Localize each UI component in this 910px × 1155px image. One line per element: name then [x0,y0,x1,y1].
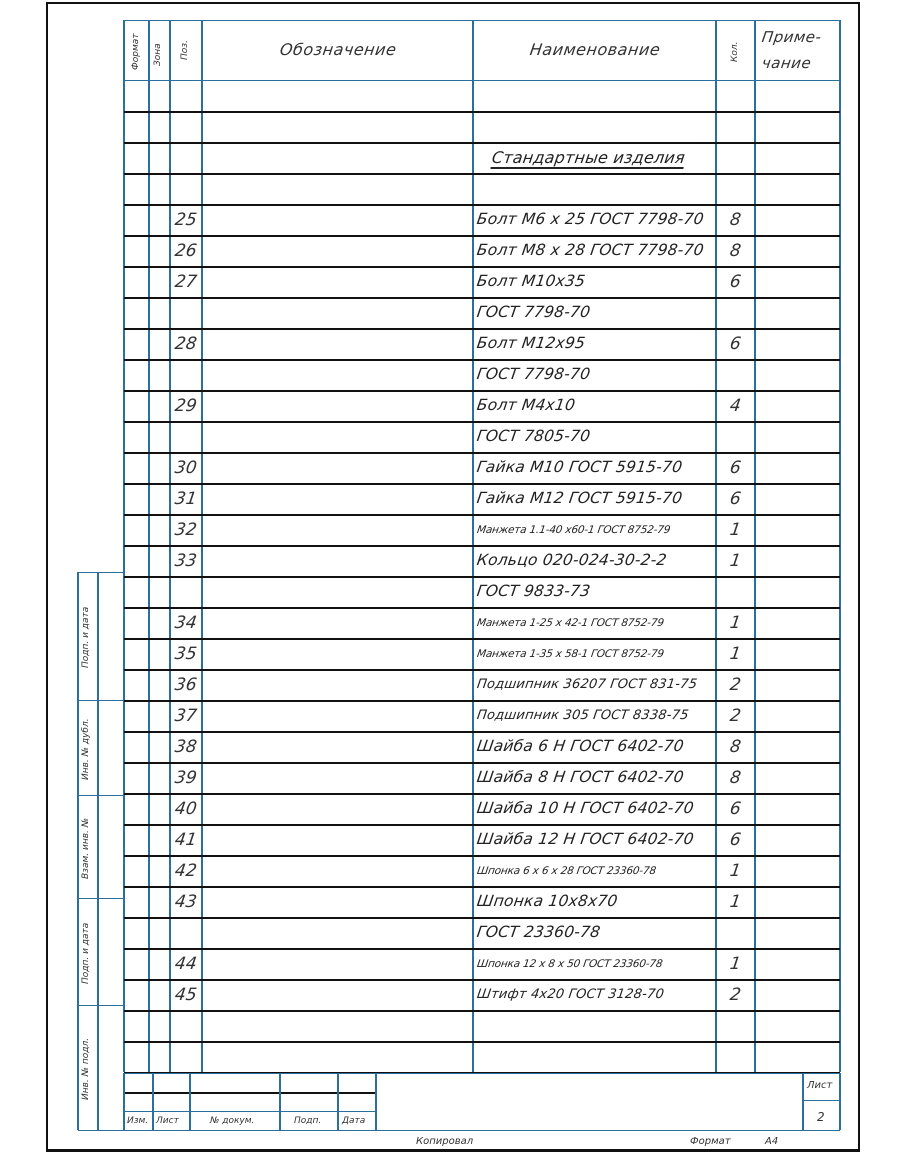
row-line [124,452,840,454]
row-line [124,979,840,981]
header-quantity: Кол. [730,41,740,62]
row-name: Шайба 10 Н ГОСТ 6402-70 [476,799,695,817]
row-name: Шайба 6 Н ГОСТ 6402-70 [476,737,685,755]
side-row-line [78,572,124,573]
side-panel-label: Подп. и дата [81,922,91,983]
row-position: 28 [174,334,198,354]
side-row-line [78,898,124,899]
row-name: Шайба 8 Н ГОСТ 6402-70 [476,768,685,786]
header-note-line2: чание [761,54,813,72]
row-position: 35 [174,644,198,664]
stamp-date-label: Дата [342,1116,365,1126]
side-row-line [78,795,124,796]
row-name: Болт М10х35 [476,272,587,290]
row-position: 34 [174,613,198,633]
stamp-col-line [337,1073,339,1130]
stamp-sheet-label: Лист [156,1116,179,1126]
row-line [124,421,840,423]
side-panel-label: Инв. № дубл. [81,718,91,780]
stamp-col-line [375,1073,377,1130]
header-note-line1: Приме- [761,28,823,46]
footer-format-label: Формат [690,1136,731,1147]
side-row-line [78,1130,124,1131]
row-name: ГОСТ 7798-70 [476,365,592,383]
stamp-col-line [189,1073,191,1130]
row-line [124,886,840,888]
row-name: ГОСТ 7805-70 [476,427,592,445]
stamp-bottom-line [124,1130,840,1131]
row-name: Подшипник 305 ГОСТ 8338-75 [476,708,690,723]
row-line [124,328,840,330]
row-position: 27 [174,272,198,292]
row-position: 26 [174,241,198,261]
stamp-signature-label: Подп. [294,1116,321,1126]
row-position: 38 [174,737,198,757]
row-line [124,762,840,764]
row-name: ГОСТ 9833-73 [476,582,592,600]
stamp-sheet-line [803,1100,840,1101]
row-position: 39 [174,768,198,788]
header-bottom-line [124,80,840,81]
section-title: Стандартные изделия [491,148,687,167]
stamp-col-line [279,1073,281,1130]
row-name: Манжета 1-35 х 58-1 ГОСТ 8752-79 [476,648,664,660]
row-line [124,948,840,950]
side-line [97,572,99,1130]
row-position: 41 [174,830,198,850]
row-line [124,204,840,206]
row-position: 40 [174,799,198,819]
row-position: 25 [174,210,198,230]
row-position: 29 [174,396,198,416]
row-line [124,483,840,485]
row-name: Шайба 12 Н ГОСТ 6402-70 [476,830,695,848]
row-line [124,824,840,826]
row-line [124,700,840,702]
stamp-change-label: Изм. [127,1116,148,1126]
row-name: Болт М6 х 25 ГОСТ 7798-70 [476,210,705,228]
row-line [124,235,840,237]
row-position: 30 [174,458,198,478]
side-panel-label: Подп. и дата [81,607,91,668]
row-name: Гайка М10 ГОСТ 5915-70 [476,458,684,476]
row-line [124,731,840,733]
row-name: Шпонка 10х8х70 [476,892,619,910]
row-name: ГОСТ 7798-70 [476,303,592,321]
row-line [124,297,840,299]
header-position: Поз. [180,40,190,60]
stamp-sheet-number: 2 [817,1110,825,1124]
row-line [124,390,840,392]
row-name: Шпонка 6 х 6 х 28 ГОСТ 23360-78 [476,865,657,877]
row-name: Болт М12х95 [476,334,587,352]
row-name: Гайка М12 ГОСТ 5915-70 [476,489,684,507]
row-line [124,793,840,795]
row-position: 43 [174,892,198,912]
row-line [124,576,840,578]
row-name: Кольцо 020-024-30-2-2 [476,551,668,569]
header-designation: Обозначение [279,40,398,59]
stamp-col-line [123,1073,125,1130]
row-line [124,638,840,640]
row-line [124,359,840,361]
row-position: 36 [174,675,198,695]
side-row-line [78,1005,124,1006]
row-line [124,142,840,144]
header-zone: Зона [153,43,163,66]
footer-format-value: А4 [765,1136,778,1147]
table-top-line [124,20,840,21]
row-name: Подшипник 36207 ГОСТ 831-75 [476,677,698,692]
row-name: Манжета 1-25 х 42-1 ГОСТ 8752-79 [476,617,664,629]
header-format: Формат [131,33,141,70]
stamp-col-line [152,1073,154,1130]
row-name: Манжета 1.1-40 х60-1 ГОСТ 8752-79 [476,524,671,536]
stamp-col-line [802,1073,804,1130]
stamp-sheet-title: Лист [807,1080,832,1091]
side-panel-label: Инв. № подл. [81,1037,91,1099]
stamp-col-line [839,1073,841,1130]
row-name: Болт М4х10 [476,396,577,414]
row-line [124,917,840,919]
row-line [124,514,840,516]
stamp-doc-number-label: № докум. [210,1116,254,1126]
footer-copied: Копировал [416,1136,473,1147]
row-line [124,855,840,857]
row-position: 31 [174,489,198,509]
row-line [124,669,840,671]
side-line [77,572,79,1130]
row-name: Болт М8 х 28 ГОСТ 7798-70 [476,241,705,259]
row-line [124,607,840,609]
row-line [124,545,840,547]
side-row-line [78,700,124,701]
row-name: Штифт 4х20 ГОСТ 3128-70 [476,987,665,1002]
row-position: 33 [174,551,198,571]
row-line [124,266,840,268]
row-name: Шпонка 12 х 8 х 50 ГОСТ 23360-78 [476,958,663,970]
row-line [124,1041,840,1043]
row-name: ГОСТ 23360-78 [476,923,602,941]
row-position: 45 [174,985,198,1005]
stamp-top-line [124,1073,840,1074]
row-position: 37 [174,706,198,726]
row-line [124,173,840,175]
row-position: 32 [174,520,198,540]
row-line [124,1010,840,1012]
side-panel-label: Взам. инв. № [81,817,91,878]
header-name: Наименование [529,40,662,59]
row-position: 42 [174,861,198,881]
row-line [124,111,840,113]
row-position: 44 [174,954,198,974]
